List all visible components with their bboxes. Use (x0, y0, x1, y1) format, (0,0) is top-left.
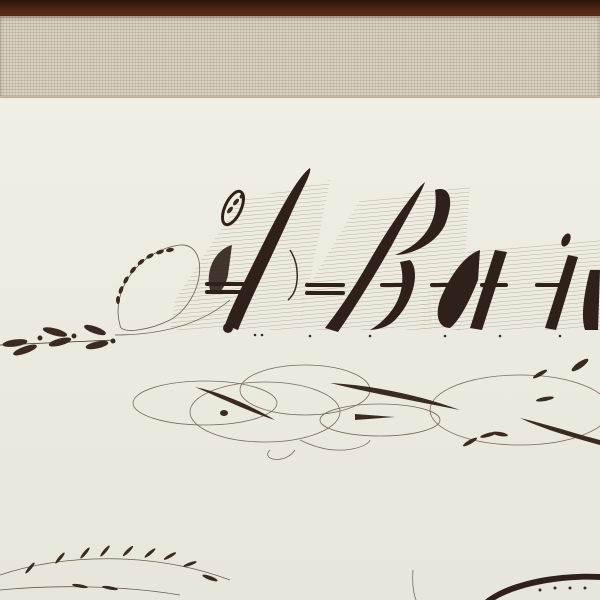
underline-flourish (133, 365, 600, 459)
calligraphy-artwork (0, 0, 600, 600)
calligraphy-photo (0, 0, 600, 600)
leaf-garland-left (0, 323, 115, 357)
baseline-dots (254, 334, 562, 338)
flourish-bottom-right (413, 570, 600, 600)
underline-strokes (195, 357, 600, 448)
